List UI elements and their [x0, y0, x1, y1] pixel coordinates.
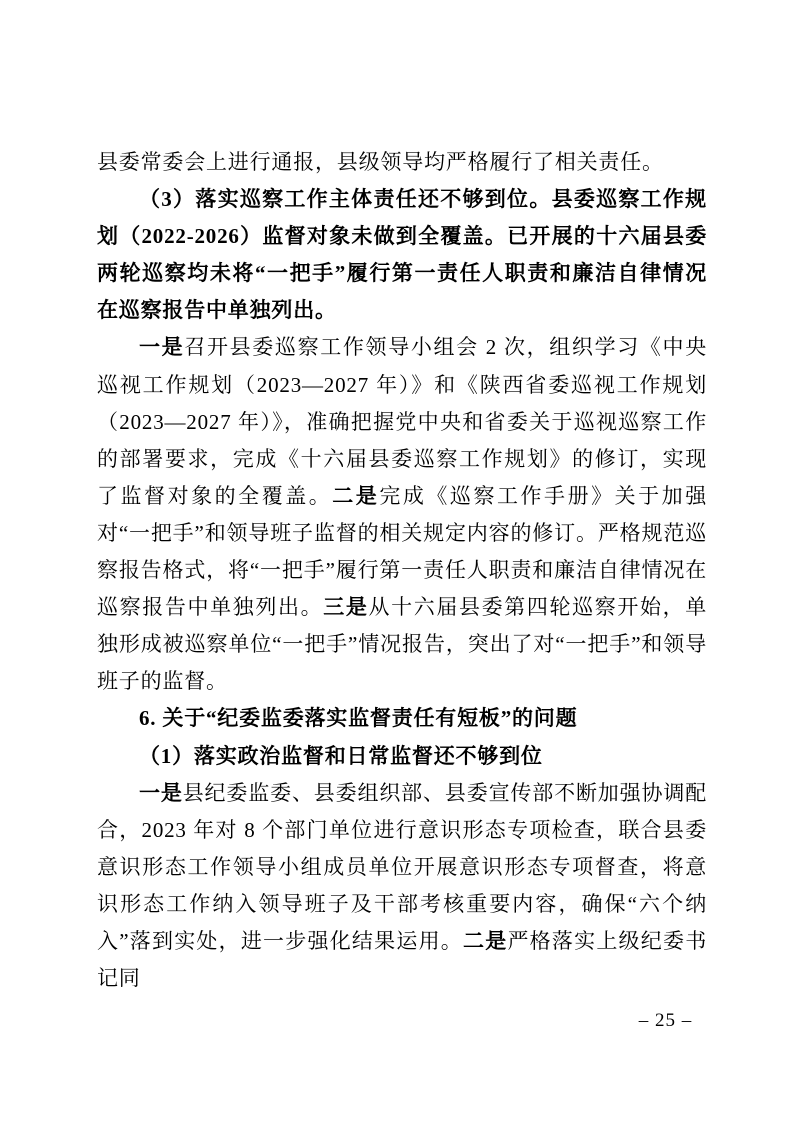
- text-run: （1）落实政治监督和日常监督还不够到位: [139, 744, 543, 768]
- text-run: 召开县委巡察工作领导小组会 2 次，组织学习《中央巡视工作规划（2023—202…: [97, 335, 707, 507]
- text-run: 二是: [463, 929, 507, 953]
- document-page: 县委常委会上进行通报，县级领导均严格履行了相关责任。 （3）落实巡察工作主体责任…: [0, 0, 793, 1122]
- page-number: – 25 –: [618, 1010, 713, 1032]
- paragraph-body-supervision: 一是县纪委监委、县委组织部、县委宣传部不断加强协调配合，2023 年对 8 个部…: [97, 775, 707, 998]
- text-run: 二是: [332, 484, 379, 508]
- text-run: 一是: [139, 781, 183, 805]
- text-run: 6. 关于“纪委监委落实监督责任有短板”的问题: [139, 706, 577, 730]
- paragraph-subheading-1: （1）落实政治监督和日常监督还不够到位: [97, 738, 707, 775]
- text-run: 县委常委会上进行通报，县级领导均严格履行了相关责任。: [97, 150, 664, 174]
- paragraph-continuation: 县委常委会上进行通报，县级领导均严格履行了相关责任。: [97, 144, 707, 181]
- text-run: （3）落实巡察工作主体责任还不够到位。县委巡察工作规划（2022-2026）监督…: [97, 187, 707, 322]
- text-run: 三是: [323, 595, 368, 619]
- text-run: 县纪委监委、县委组织部、县委宣传部不断加强协调配合，2023 年对 8 个部门单…: [97, 781, 707, 953]
- text-run: 一是: [139, 335, 184, 359]
- paragraph-body-measures: 一是召开县委巡察工作领导小组会 2 次，组织学习《中央巡视工作规划（2023—2…: [97, 329, 707, 700]
- paragraph-heading-6: 6. 关于“纪委监委落实监督责任有短板”的问题: [97, 700, 707, 737]
- document-text-block: 县委常委会上进行通报，县级领导均严格履行了相关责任。 （3）落实巡察工作主体责任…: [97, 144, 707, 997]
- paragraph-subheading-3: （3）落实巡察工作主体责任还不够到位。县委巡察工作规划（2022-2026）监督…: [97, 181, 707, 329]
